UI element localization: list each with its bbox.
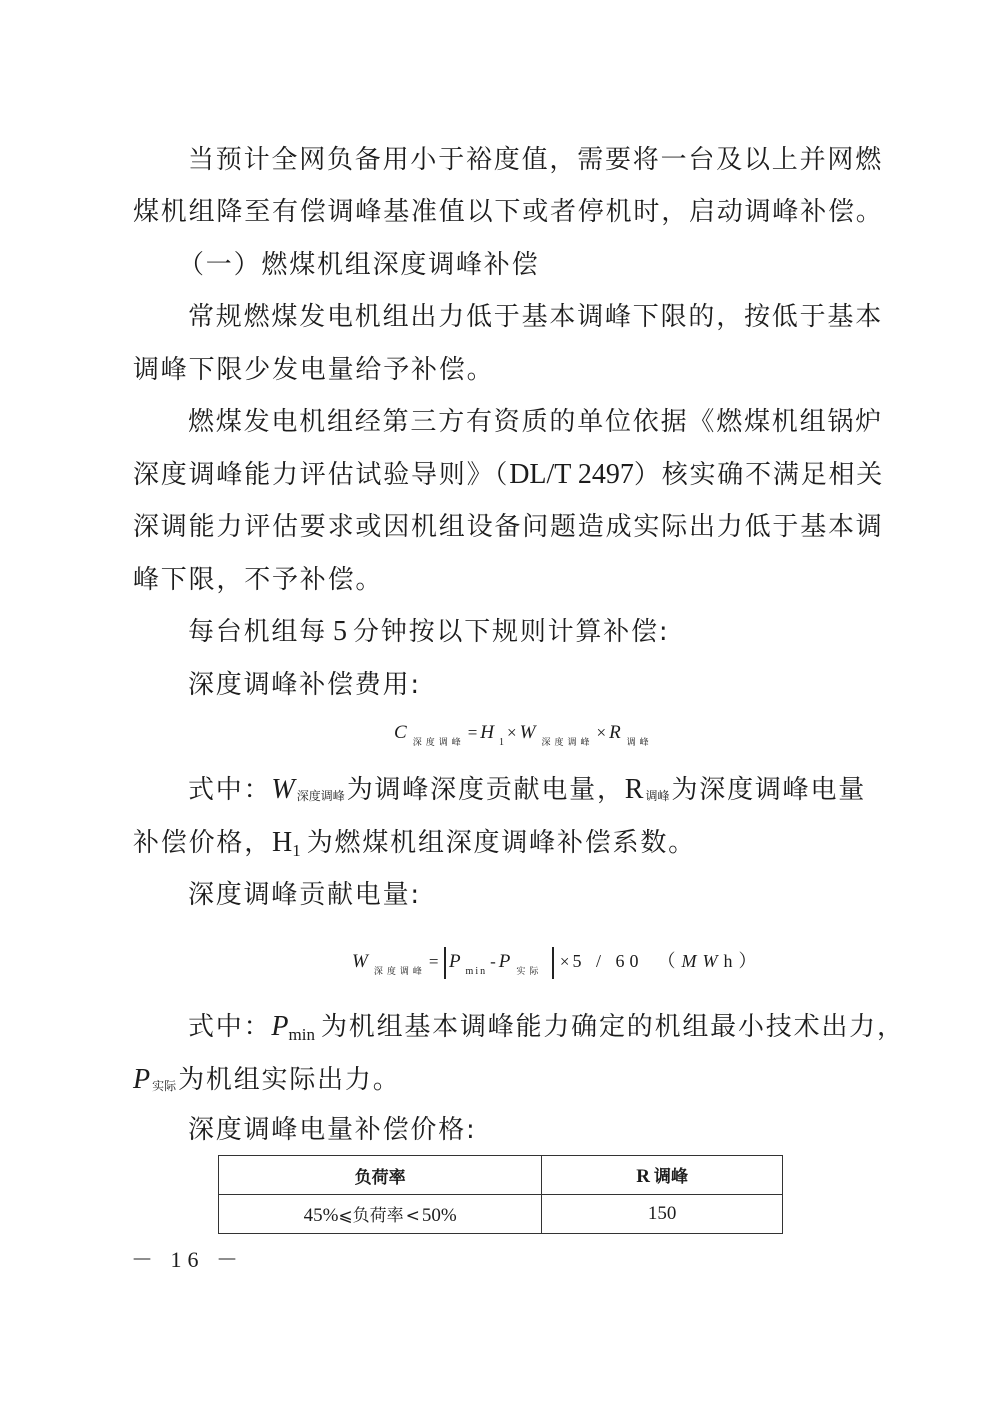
section-heading: （一）燃煤机组深度调峰补偿 [178, 248, 904, 282]
unit-open: （ [658, 951, 682, 971]
formula2-times: × [560, 952, 570, 971]
paragraph-3-line-3: 深调能力评估要求或因机组设备问题造成实际出力低于基本调 [133, 510, 859, 544]
formula2-P2: P [499, 951, 511, 972]
paragraph-3-line-4: 峰下限，不予补偿。 [133, 563, 859, 597]
explanation-2-line-2: P实际为机组实际出力。 [133, 1063, 859, 1097]
explain1-H-sub: 1 [292, 841, 301, 860]
explain2-P2: P [133, 1064, 150, 1095]
p4-post: 分钟按以下规则计算补偿: [353, 617, 669, 647]
formula2-unit: （MWh） [658, 951, 763, 971]
range-label: 负荷率 [353, 1206, 404, 1226]
explanation-1-line-1: 式中：W深度调峰为调峰深度贡献电量，R调峰为深度调峰电量 [188, 773, 860, 807]
paragraph-2-line-1: 常规燃煤发电机组出力低于基本调峰下限的，按低于基本 [188, 300, 860, 334]
explain1-line2-post: 为燃煤机组深度调峰补偿系数。 [307, 828, 696, 858]
formula1-eq: = [468, 723, 478, 742]
explain1-H: H [272, 827, 292, 858]
formula-compensation-fee: C深度调峰=H1×W深度调峰×R调峰 [394, 722, 653, 748]
label-compensation-fee: 深度调峰补偿费用: [188, 668, 860, 702]
abs-bar-left [444, 947, 446, 979]
label-price: 深度调峰电量补偿价格: [188, 1113, 860, 1147]
paragraph-4-line-1: 每台机组每5分钟按以下规则计算补偿: [188, 615, 860, 649]
formula2-P1-sub: min [466, 966, 488, 977]
formula1-W-sub: 深度调峰 [541, 738, 593, 748]
table-header-row: 负荷率 R调峰 [219, 1156, 783, 1195]
explain1-prefix: 式中： [188, 775, 271, 805]
p4-number: 5 [333, 616, 347, 647]
formula1-W: W [520, 722, 536, 743]
formula1-times-2: × [596, 723, 606, 742]
p3-line2-post: ）核实确不满足相关 [634, 460, 884, 490]
header-r-peak: R调峰 [542, 1156, 783, 1195]
formula1-C: C [394, 722, 407, 743]
range-lt-symbol: < [406, 1206, 420, 1226]
explanation-2-line-1: 式中：Pmin为机组基本调峰能力确定的机组最小技术出力， [188, 1010, 860, 1044]
explain1-R-sub: 调峰 [645, 789, 669, 803]
explain2-P-sub: min [289, 1025, 315, 1044]
formula1-R-sub: 调峰 [627, 738, 653, 748]
formula-contribution-energy: W深度调峰=Pmin-P实际×5 / 60（MWh） [352, 947, 763, 979]
p3-line2-pre: 深度调峰能力评估试验导则》（ [133, 460, 509, 490]
explain2-prefix: 式中： [188, 1012, 271, 1042]
page-number: － 16 － [131, 1243, 244, 1274]
paragraph-1-line-1: 当预计全网负备用小于裕度值，需要将一台及以上并网燃 [188, 143, 860, 177]
header-R: R [636, 1166, 650, 1187]
formula1-H-sub: 1 [499, 737, 504, 748]
formula2-P2-sub: 实际 [516, 967, 542, 977]
formula1-C-sub: 深度调峰 [413, 738, 465, 748]
explanation-1-line-2: 补偿价格，H1为燃煤机组深度调峰补偿系数。 [133, 826, 859, 860]
cell-price: 150 [542, 1195, 783, 1234]
explain1-W-sub: 深度调峰 [297, 789, 345, 803]
range-le-symbol: ⩽ [338, 1206, 352, 1226]
range-high: 50% [422, 1205, 457, 1226]
standard-code: DL/T 2497 [509, 459, 634, 490]
explain1-R: R [625, 774, 644, 805]
table-row: 45%⩽负荷率<50% 150 [219, 1195, 783, 1234]
range-low: 45% [304, 1205, 339, 1226]
abs-bar-right [552, 947, 554, 979]
explain1-W: W [271, 774, 294, 805]
explain2-text1: 为机组基本调峰能力确定的机组最小技术出力， [321, 1012, 905, 1042]
document-page: 当预计全网负备用小于裕度值，需要将一台及以上并网燃 煤机组降至有偿调峰基准值以下… [0, 0, 1000, 1414]
formula2-W: W [352, 951, 368, 972]
explain2-P2-sub: 实际 [152, 1079, 176, 1093]
explain1-text2: 为深度调峰电量 [671, 775, 866, 805]
formula2-minus: - [490, 952, 496, 971]
cell-load-rate-range: 45%⩽负荷率<50% [219, 1195, 542, 1234]
price-table: 负荷率 R调峰 45%⩽负荷率<50% 150 [218, 1155, 783, 1234]
paragraph-2-line-2: 调峰下限少发电量给予补偿。 [133, 353, 859, 387]
formula2-factor: 5 / 60 [573, 951, 644, 971]
formula2-P1: P [449, 951, 461, 972]
paragraph-3-line-2: 深度调峰能力评估试验导则》（DL/T 2497）核实确不满足相关 [133, 458, 859, 492]
explain1-line2-pre: 补偿价格， [133, 828, 272, 858]
explain2-P: P [271, 1011, 288, 1042]
unit-close: ） [739, 951, 763, 971]
explain1-text1: 为调峰深度贡献电量， [347, 775, 625, 805]
explain2-text2: 为机组实际出力。 [178, 1065, 400, 1095]
p4-pre: 每台机组每 [188, 617, 327, 647]
unit-MW: MW [682, 951, 724, 971]
header-peak-cn: 调峰 [654, 1167, 688, 1187]
formula1-times-1: × [507, 723, 517, 742]
paragraph-1-line-2: 煤机组降至有偿调峰基准值以下或者停机时，启动调峰补偿。 [133, 195, 859, 229]
formula2-eq: = [429, 952, 439, 971]
formula1-H: H [480, 722, 494, 743]
label-contribution-energy: 深度调峰贡献电量: [188, 878, 860, 912]
paragraph-3-line-1: 燃煤发电机组经第三方有资质的单位依据《燃煤机组锅炉 [188, 405, 860, 439]
header-load-rate: 负荷率 [219, 1156, 542, 1195]
formula1-R: R [609, 722, 621, 743]
formula2-W-sub: 深度调峰 [374, 967, 426, 977]
unit-h: h [724, 951, 739, 971]
